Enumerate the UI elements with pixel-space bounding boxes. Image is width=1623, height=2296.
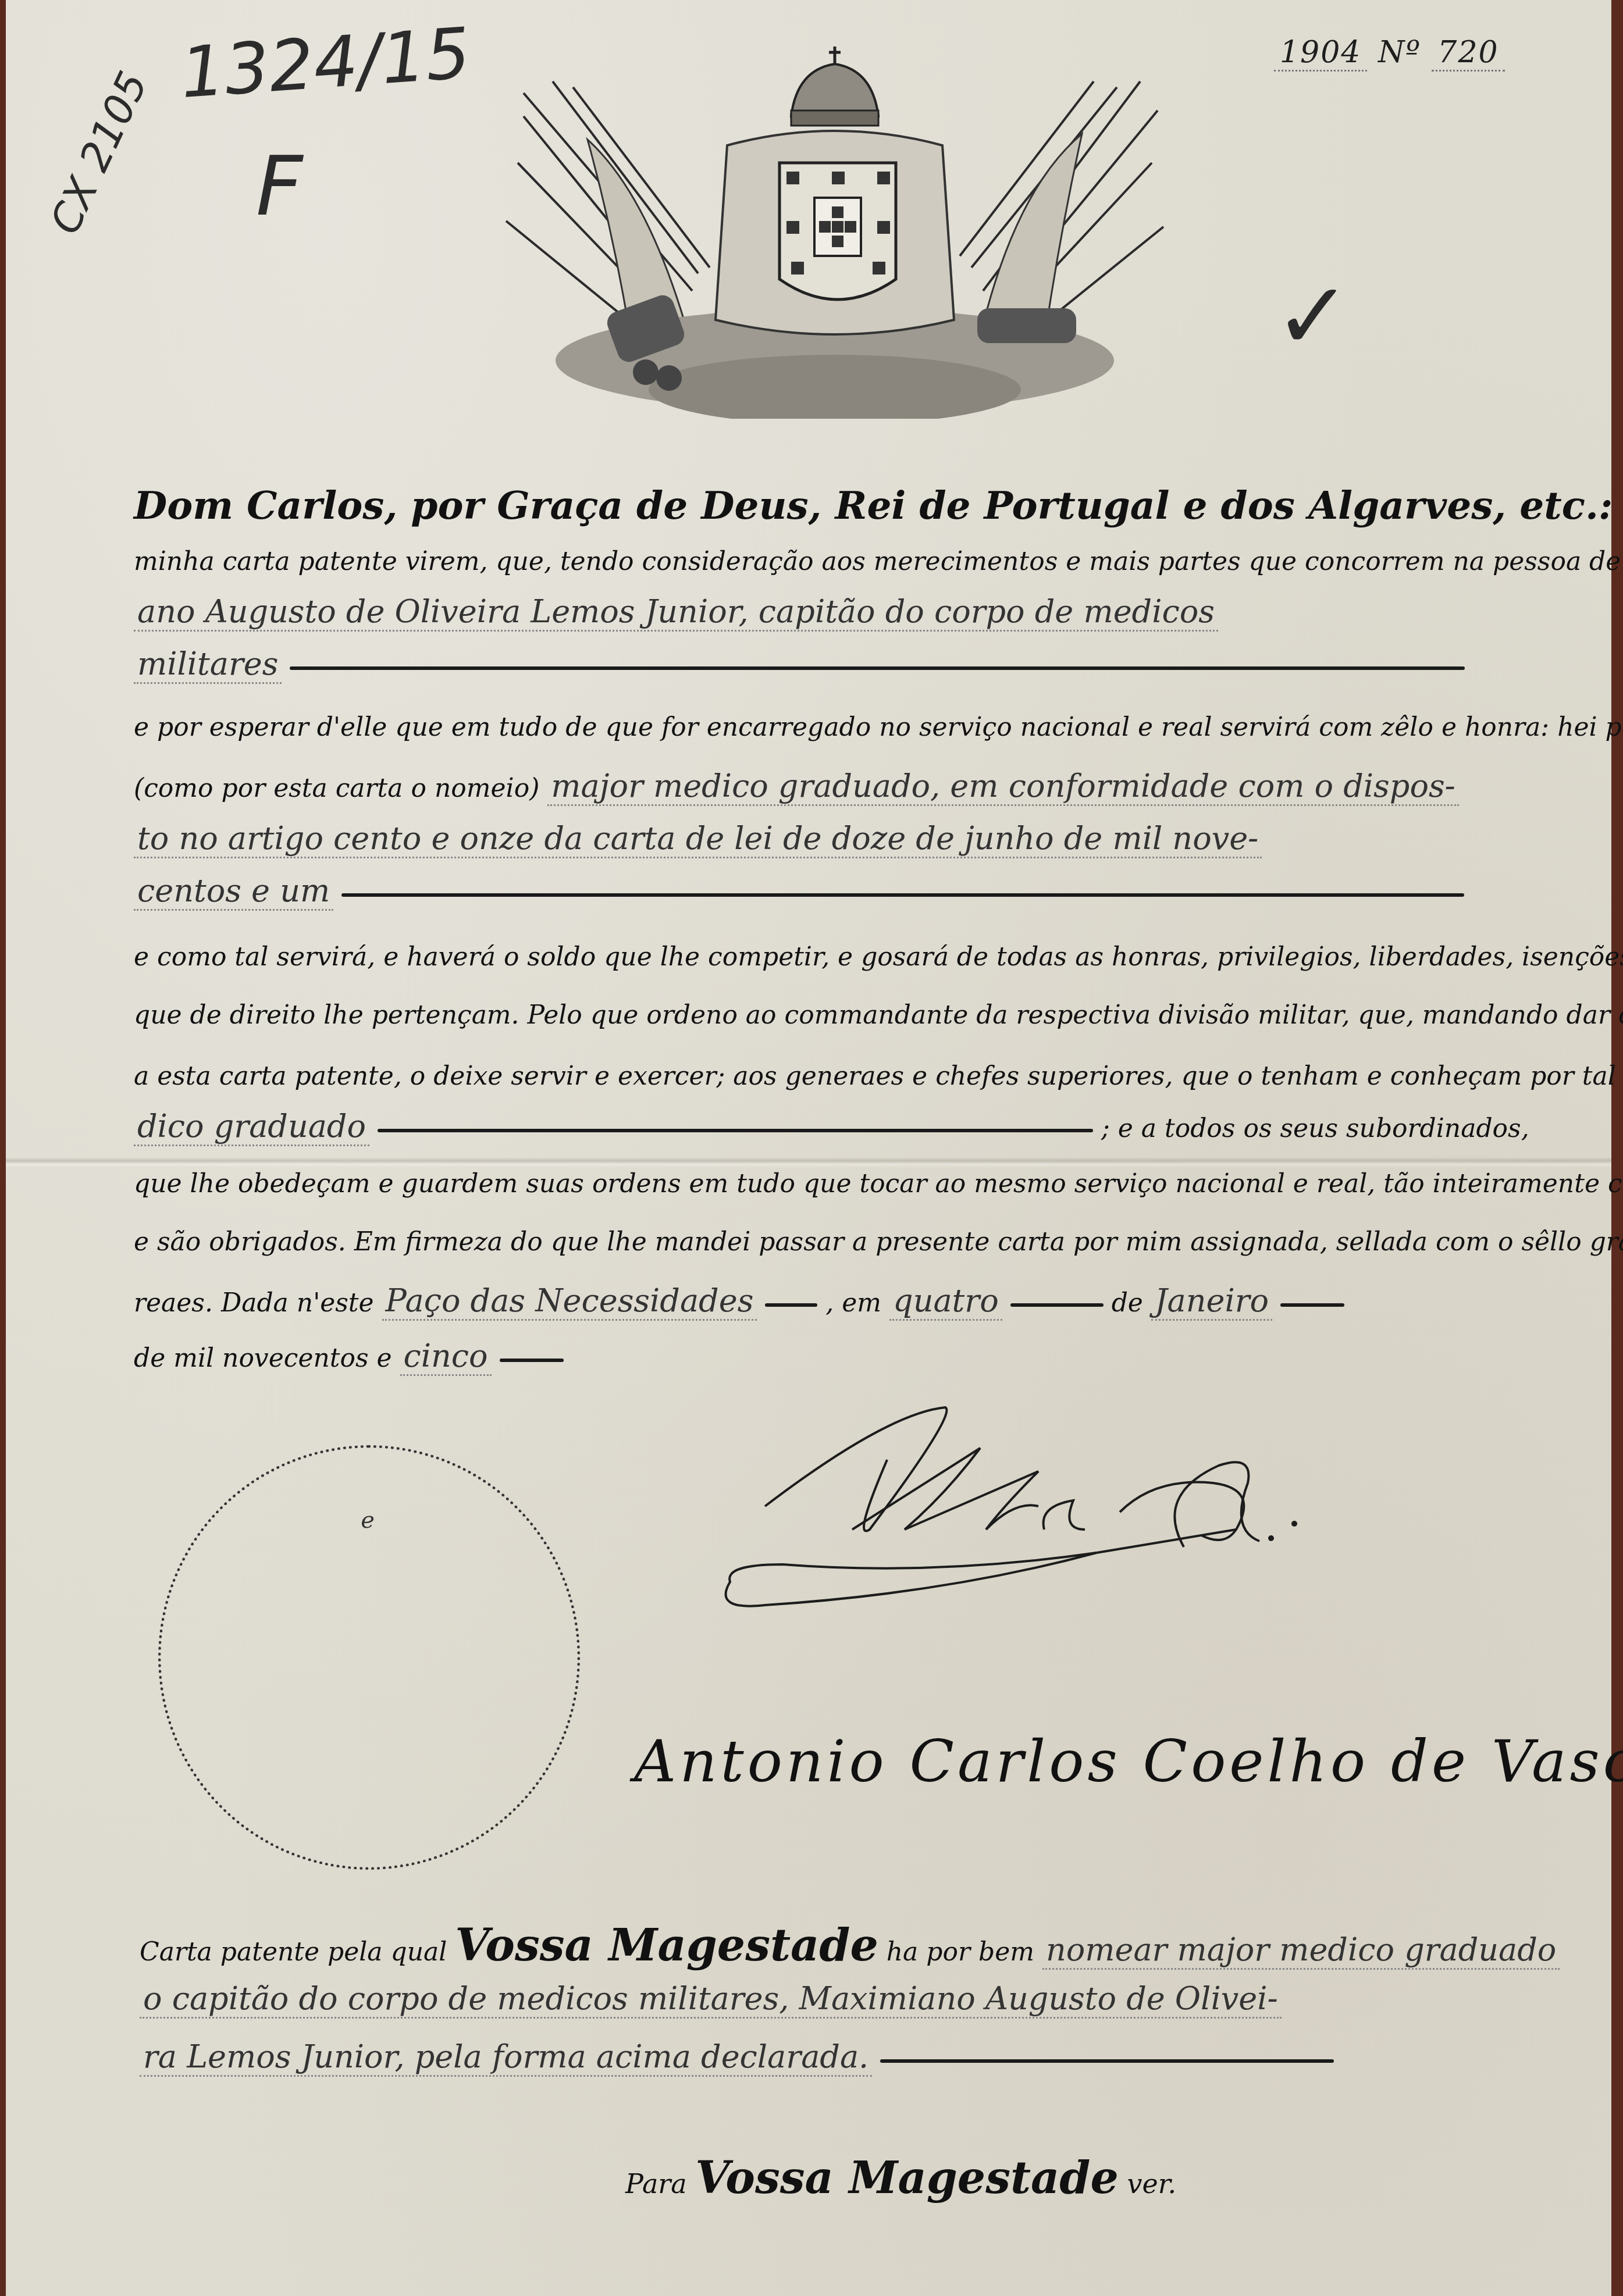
body-line-12: dico graduado ; e a todos os seus subord… xyxy=(134,1108,1529,1145)
body-text: que lhe obedeçam e guardem suas ordens e… xyxy=(134,1169,1623,1199)
minister-signature: Antonio Carlos Coelho de Vasconcellos Po… xyxy=(634,1727,1623,1795)
body-line-11: a esta carta patente, o deixe servir e e… xyxy=(134,1056,1623,1092)
archive-number: 1324/15 xyxy=(178,13,473,114)
royal-coat-of-arms-icon xyxy=(500,47,1169,419)
summary-line-1: Carta patente pela qual Vossa Magestade … xyxy=(140,1919,1560,1971)
year-field: cinco xyxy=(400,1338,492,1376)
check-mark-icon: ✓ xyxy=(1274,262,1352,370)
body-text: ; e a todos os seus subordinados, xyxy=(1101,1114,1529,1143)
vossa-magestade-title: Vossa Magestade xyxy=(455,1919,878,1971)
place-field: Paço das Necessidades xyxy=(382,1282,757,1321)
summary-text: ha por bem xyxy=(887,1937,1034,1967)
body-text: de xyxy=(1112,1288,1143,1318)
seal-circle: e xyxy=(158,1445,580,1870)
rank-field-2-continued: dico graduado xyxy=(134,1108,369,1146)
month-field: Janeiro xyxy=(1151,1282,1272,1321)
registry-year: 1904 xyxy=(1274,35,1367,72)
body-text: (como por esta carta o nomeio) xyxy=(134,773,539,803)
day-field: quatro xyxy=(889,1282,1002,1321)
body-line-15: reaes. Dada n'este Paço das Necessidades… xyxy=(134,1282,1344,1319)
fill-rule xyxy=(880,2059,1334,2063)
body-text: a esta carta patente, o deixe servir e e… xyxy=(134,1061,1616,1091)
name-field-continued: ano Augusto de Oliveira Lemos Junior, ca… xyxy=(134,593,1218,632)
archive-mark: F xyxy=(256,140,303,234)
corps-field: militares xyxy=(134,646,282,684)
royal-signature: El-Rei xyxy=(713,1390,1574,1657)
body-line-13: que lhe obedeçam e guardem suas ordens e… xyxy=(134,1169,1623,1199)
body-text: , em xyxy=(825,1288,881,1318)
registry-number-field: 1904 Nº 720 xyxy=(1274,35,1505,70)
body-line-10: que de direito lhe pertençam. Pelo que o… xyxy=(134,1000,1623,1030)
closing-prefix: Para xyxy=(625,2168,687,2199)
document-page: 1324/15 F CX 2105 ✓ 1904 Nº 720 xyxy=(6,0,1611,2296)
body-line-3: ano Augusto de Oliveira Lemos Junior, ca… xyxy=(134,593,1218,630)
body-line-1: Dom Carlos, por Graça de Deus, Rei de Po… xyxy=(134,483,1623,528)
fill-rule xyxy=(765,1303,817,1307)
body-text: minha carta patente virem, que, tendo co… xyxy=(134,547,1621,576)
registry-number: 720 xyxy=(1432,35,1504,72)
body-line-6: (como por esta carta o nomeio) major med… xyxy=(134,768,1459,804)
legal-basis-field: to no artigo cento e onze da carta de le… xyxy=(134,820,1262,858)
summary-fill: ra Lemos Junior, pela forma acima declar… xyxy=(140,2038,872,2077)
body-line-4: militares xyxy=(134,646,1465,682)
seal-mark: e xyxy=(361,1507,375,1534)
summary-text: Carta patente pela qual xyxy=(140,1937,447,1967)
summary-fill: o capitão do corpo de medicos militares,… xyxy=(140,1980,1282,2019)
summary-line-2: o capitão do corpo de medicos militares,… xyxy=(140,1980,1282,2017)
vossa-magestade-title: Vossa Magestade xyxy=(695,2152,1118,2204)
body-line-8: centos e um xyxy=(134,872,1464,909)
royal-title: Dom Carlos, por Graça de Deus, Rei de Po… xyxy=(134,483,1613,528)
body-text: de mil novecentos e xyxy=(134,1343,392,1373)
body-line-7: to no artigo cento e onze da carta de le… xyxy=(134,820,1262,857)
closing-suffix: ver. xyxy=(1127,2168,1176,2199)
side-mark: CX 2105 xyxy=(41,65,157,241)
body-text: que de direito lhe pertençam. Pelo que o… xyxy=(134,1000,1623,1030)
fill-rule xyxy=(290,666,1465,670)
closing-line: Para Vossa Magestade ver. xyxy=(625,2152,1176,2204)
body-text: e como tal servirá, e haverá o soldo que… xyxy=(134,942,1623,972)
body-text: e por esperar d'elle que em tudo de que … xyxy=(134,712,1623,742)
body-line-9: e como tal servirá, e haverá o soldo que… xyxy=(134,942,1623,972)
body-line-2: minha carta patente virem, que, tendo co… xyxy=(134,541,1623,577)
legal-basis-field-continued: centos e um xyxy=(134,872,333,911)
summary-line-3: ra Lemos Junior, pela forma acima declar… xyxy=(140,2038,1334,2075)
body-line-16: de mil novecentos e cinco xyxy=(134,1338,564,1374)
fill-rule xyxy=(378,1129,1093,1132)
fill-rule xyxy=(500,1359,564,1362)
body-text: reaes. Dada n'este xyxy=(134,1288,374,1318)
rank-field: major medico graduado, em conformidade c… xyxy=(547,768,1459,806)
paper-fold xyxy=(6,1157,1611,1168)
fill-rule xyxy=(1010,1303,1104,1307)
summary-fill: nomear major medico graduado xyxy=(1042,1931,1560,1970)
body-text: e são obrigados. Em firmeza do que lhe m… xyxy=(134,1227,1623,1257)
body-line-14: e são obrigados. Em firmeza do que lhe m… xyxy=(134,1227,1623,1257)
fill-rule xyxy=(1280,1303,1344,1307)
registry-no-label: Nº xyxy=(1378,35,1421,70)
fill-rule xyxy=(341,893,1464,897)
body-line-5: e por esperar d'elle que em tudo de que … xyxy=(134,712,1623,742)
